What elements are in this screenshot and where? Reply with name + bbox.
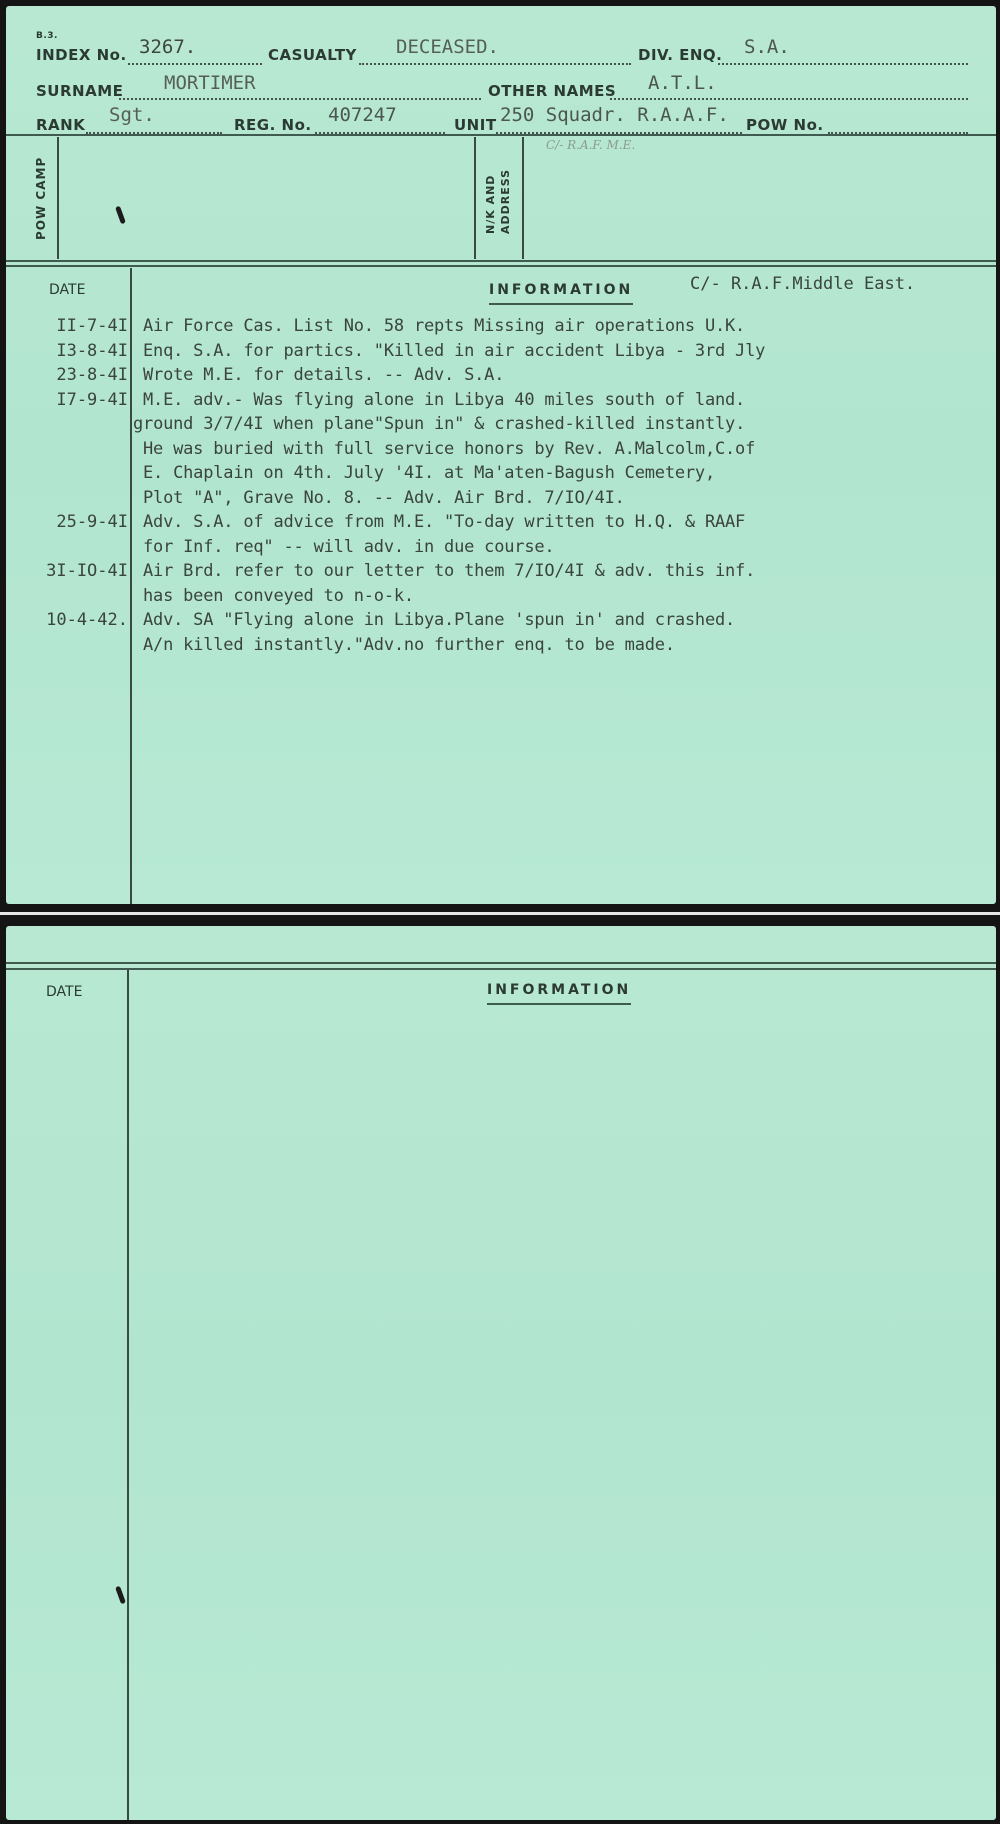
- surname-value: MORTIMER: [164, 72, 256, 94]
- card-separator: [0, 912, 1000, 915]
- entry-date: 3I-IO-4I: [46, 561, 128, 581]
- rank-value: Sgt.: [109, 104, 155, 126]
- pow-camp-label: POW CAMP: [34, 157, 48, 240]
- div-enq-value: S.A.: [744, 36, 790, 58]
- information-entry: II-7-4IAir Force Cas. List No. 58 repts …: [0, 316, 1000, 341]
- information-entry: He was buried with full service honors b…: [0, 439, 1000, 464]
- div-enq-label: DIV. ENQ.: [638, 46, 722, 64]
- information-entry: ground 3/7/4I when plane"Spun in" & cras…: [0, 414, 1000, 439]
- entry-date: II-7-4I: [56, 316, 128, 336]
- entry-text: for Inf. req" -- will adv. in due course…: [143, 537, 554, 557]
- back-information-header: INFORMATION: [487, 982, 631, 1005]
- back-date-header: DATE: [46, 984, 82, 1000]
- surname-label: SURNAME: [36, 82, 123, 100]
- entry-text: Adv. S.A. of advice from M.E. "To-day wr…: [143, 512, 745, 532]
- information-entry: 10-4-42.Adv. SA "Flying alone in Libya.P…: [0, 610, 1000, 635]
- other-names-value: A.T.L.: [648, 72, 717, 94]
- nk-label-line1: N/K AND: [484, 175, 497, 234]
- index-no-line: [128, 63, 262, 65]
- casualty-value: DECEASED.: [396, 36, 499, 58]
- information-entry: 23-8-4IWrote M.E. for details. -- Adv. S…: [0, 365, 1000, 390]
- nk-right-divider: [522, 137, 524, 259]
- back-rule-double-b: [6, 968, 996, 970]
- entry-text: He was buried with full service honors b…: [143, 439, 755, 459]
- information-entry: I3-8-4IEnq. S.A. for partics. "Killed in…: [0, 341, 1000, 366]
- other-names-label: OTHER NAMES: [488, 82, 616, 100]
- information-entry: E. Chaplain on 4th. July '4I. at Ma'aten…: [0, 463, 1000, 488]
- information-entry: A/n killed instantly."Adv.no further enq…: [0, 635, 1000, 660]
- information-entry: 25-9-4IAdv. S.A. of advice from M.E. "To…: [0, 512, 1000, 537]
- entry-text: E. Chaplain on 4th. July '4I. at Ma'aten…: [143, 463, 715, 483]
- entry-text: ground 3/7/4I when plane"Spun in" & cras…: [133, 414, 745, 434]
- entry-date: 25-9-4I: [56, 512, 128, 532]
- section-rule-double-a: [6, 260, 996, 262]
- entry-text: Air Force Cas. List No. 58 repts Missing…: [143, 316, 745, 336]
- entry-text: M.E. adv.- Was flying alone in Libya 40 …: [143, 390, 745, 410]
- back-rule-double-a: [6, 962, 996, 964]
- entry-text: Adv. SA "Flying alone in Libya.Plane 'sp…: [143, 610, 735, 630]
- nk-label-line2: ADDRESS: [499, 169, 512, 234]
- information-entry: has been conveyed to n-o-k.: [0, 586, 1000, 611]
- unit-value: 250 Squadr. R.A.A.F.: [500, 104, 729, 126]
- section-rule-top: [6, 134, 996, 136]
- information-entries: II-7-4IAir Force Cas. List No. 58 repts …: [0, 316, 1000, 659]
- pow-camp-divider: [57, 137, 59, 259]
- section-rule-double-b: [6, 265, 996, 267]
- information-note: C/- R.A.F.Middle East.: [690, 274, 915, 294]
- entry-date: I7-9-4I: [56, 390, 128, 410]
- entry-date: I3-8-4I: [56, 341, 128, 361]
- other-names-line: [610, 98, 968, 100]
- entry-text: has been conveyed to n-o-k.: [143, 586, 414, 606]
- card-blemish: [115, 206, 126, 225]
- back-card-blemish: [115, 1586, 126, 1605]
- entry-text: Wrote M.E. for details. -- Adv. S.A.: [143, 365, 504, 385]
- date-header: DATE: [49, 282, 85, 298]
- entry-text: Plot "A", Grave No. 8. -- Adv. Air Brd. …: [143, 488, 625, 508]
- unit-label: UNIT: [454, 116, 497, 134]
- reg-no-label: REG. No.: [234, 116, 312, 134]
- entry-date: 23-8-4I: [56, 365, 128, 385]
- entry-text: A/n killed instantly."Adv.no further enq…: [143, 635, 675, 655]
- form-code: B.3.: [36, 31, 58, 41]
- information-entry: Plot "A", Grave No. 8. -- Adv. Air Brd. …: [0, 488, 1000, 513]
- rank-label: RANK: [36, 116, 85, 134]
- surname-line: [119, 98, 481, 100]
- information-entry: 3I-IO-4IAir Brd. refer to our letter to …: [0, 561, 1000, 586]
- casualty-card-back: DATE INFORMATION: [6, 926, 996, 1820]
- back-date-column-divider: [127, 970, 129, 1820]
- pow-no-label: POW No.: [746, 116, 824, 134]
- entry-text: Air Brd. refer to our letter to them 7/I…: [143, 561, 755, 581]
- information-entry: I7-9-4IM.E. adv.- Was flying alone in Li…: [0, 390, 1000, 415]
- information-header: INFORMATION: [489, 282, 633, 305]
- nk-left-divider: [474, 137, 476, 259]
- entry-date: 10-4-42.: [46, 610, 128, 630]
- reg-no-value: 407247: [328, 104, 397, 126]
- index-no-value: 3267.: [139, 36, 196, 58]
- information-entry: for Inf. req" -- will adv. in due course…: [0, 537, 1000, 562]
- entry-text: Enq. S.A. for partics. "Killed in air ac…: [143, 341, 765, 361]
- nk-address-pencil-note: C/- R.A.F. M.E.: [546, 138, 635, 152]
- casualty-label: CASUALTY: [268, 46, 357, 64]
- div-enq-line: [718, 63, 968, 65]
- casualty-line: [359, 63, 631, 65]
- index-no-label: INDEX No.: [36, 46, 127, 64]
